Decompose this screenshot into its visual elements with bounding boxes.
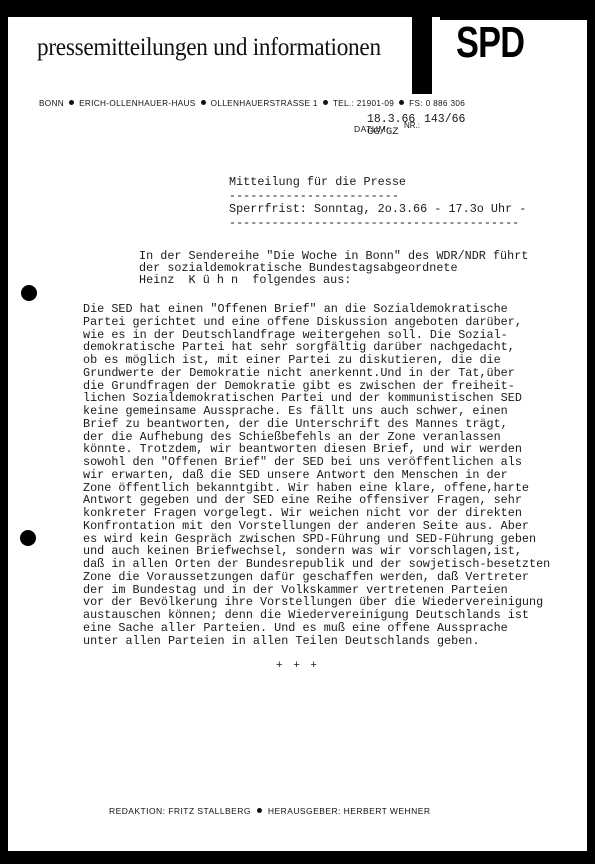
embargo-line: Sperrfrist: Sonntag, 2o.3.66 - 17.3o Uhr…: [229, 203, 526, 217]
press-heading: Mitteilung für die Presse: [229, 176, 526, 190]
reference-initials: GG/GZ: [367, 126, 399, 138]
nr-label: NR.:: [404, 121, 420, 130]
bullet-icon: [257, 808, 262, 813]
footer-publisher: HERAUSGEBER: HERBERT WEHNER: [268, 806, 431, 816]
press-notice: Mitteilung für die Presse---------------…: [229, 176, 526, 230]
bullet-icon: [399, 100, 404, 105]
bullet-icon: [69, 100, 74, 105]
press-heading-rule: ------------------------: [229, 190, 526, 204]
masthead-divider-bar: [412, 0, 432, 94]
footer-credits: REDAKTION: FRITZ STALLBERGHERAUSGEBER: H…: [109, 806, 430, 816]
bullet-icon: [323, 100, 328, 105]
punch-hole-icon: [21, 285, 37, 301]
nr-value: 143/66: [424, 113, 465, 126]
embargo-rule: ----------------------------------------…: [229, 217, 526, 231]
bullet-icon: [201, 100, 206, 105]
address-telex: FS: 0 886 306: [409, 99, 465, 108]
intro-paragraph: In der Sendereihe "Die Woche in Bonn" de…: [139, 250, 528, 287]
masthead-title: pressemitteilungen und informationen: [37, 34, 381, 62]
address-city: BONN: [39, 99, 64, 108]
address-phone: TEL.: 21901-09: [333, 99, 394, 108]
address-line: BONNERICH-OLLENHAUER-HAUSOLLENHAUERSTRAS…: [39, 99, 465, 108]
address-building: ERICH-OLLENHAUER-HAUS: [79, 99, 196, 108]
body-paragraph: Die SED hat einen "Offenen Brief" an die…: [83, 303, 550, 647]
spd-logo: SPD: [456, 18, 524, 68]
end-mark: + + +: [276, 660, 319, 672]
address-street: OLLENHAUERSTRASSE 1: [211, 99, 318, 108]
footer-editor: REDAKTION: FRITZ STALLBERG: [109, 806, 251, 816]
punch-hole-icon: [20, 530, 36, 546]
